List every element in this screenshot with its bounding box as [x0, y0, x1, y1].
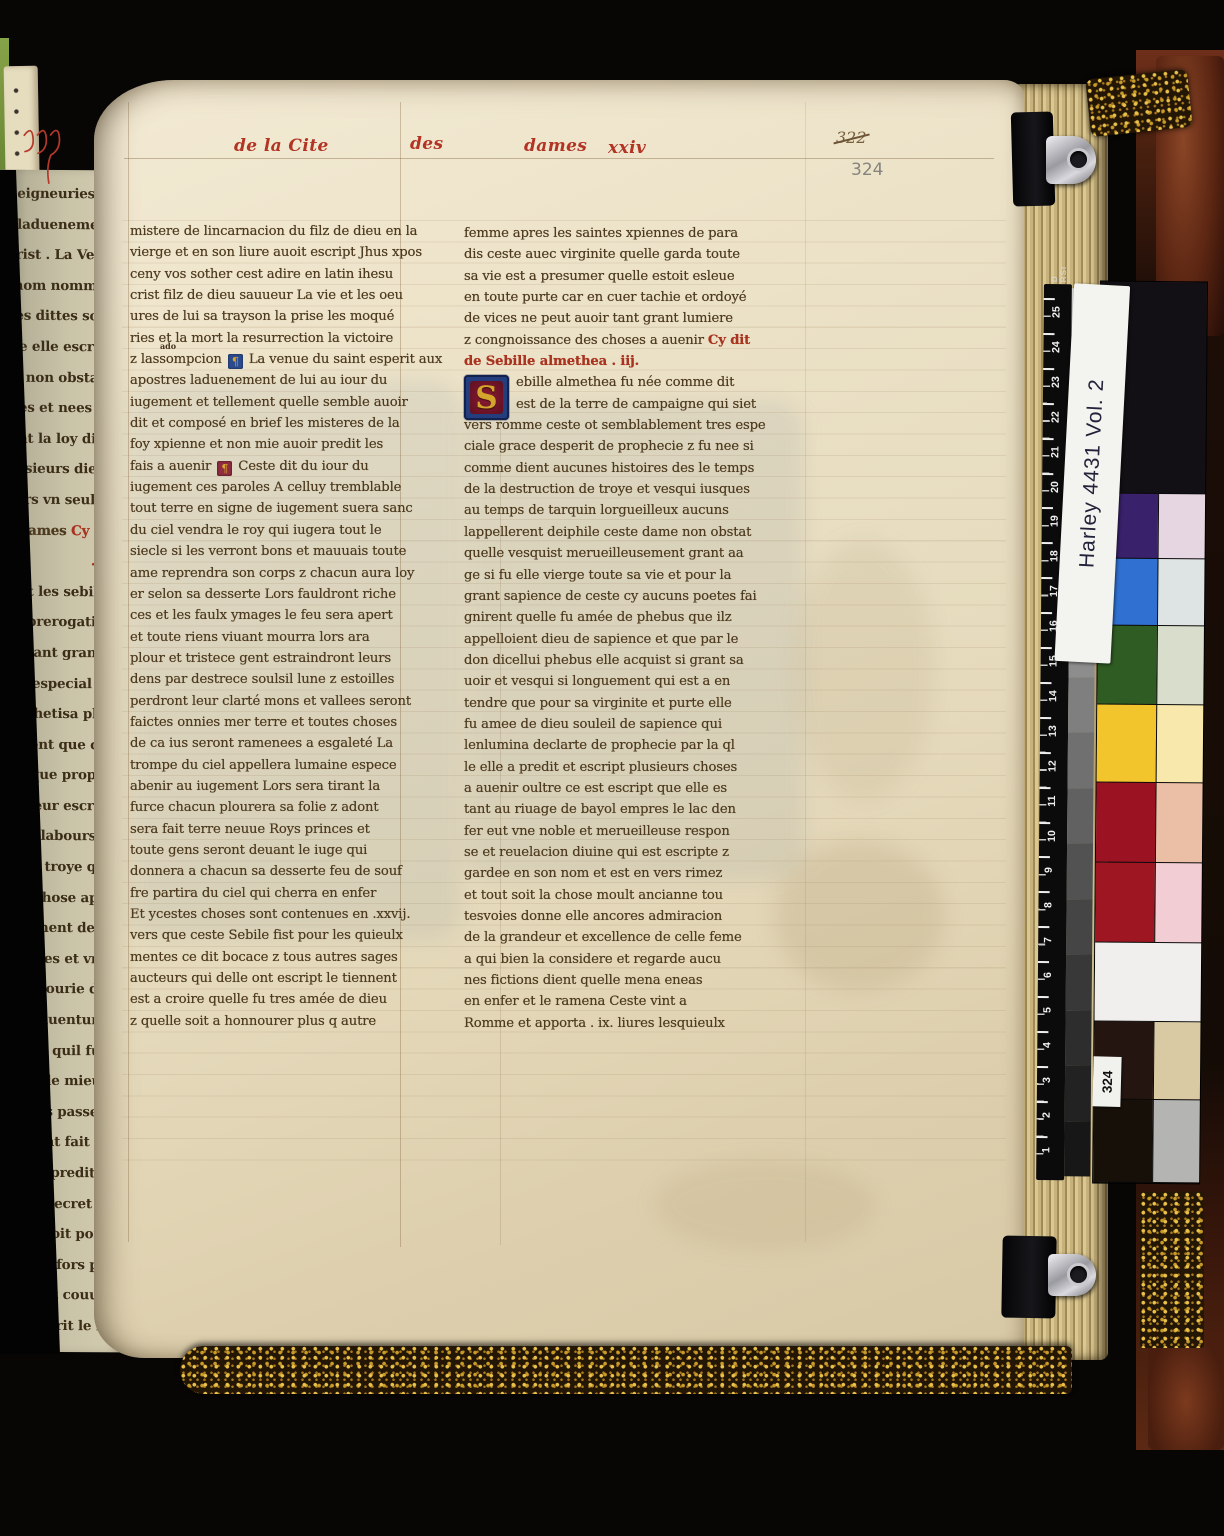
- manuscript-text-line: plour et tristece gent estraindront leur…: [130, 651, 462, 672]
- text-segment: vers que ceste Sebile fist pour les quie…: [130, 928, 403, 943]
- ruler-cm-mark: 8: [1038, 891, 1066, 926]
- manuscript-text-line: furce chacun plourera sa folie z adont: [130, 800, 462, 821]
- manuscript-text-line: toute gens seront deuant le iuge qui: [130, 843, 462, 864]
- text-segment: de la destruction de troye et vesqui ius…: [464, 482, 750, 497]
- gilt-binding-corner: [1085, 69, 1193, 137]
- manuscript-text-line: iugement ces paroles A celluy tremblable: [130, 480, 462, 501]
- gilt-binding-border-bottom: [180, 1346, 1072, 1394]
- champ-initial: ¶: [217, 461, 232, 476]
- manuscript-text-line: perdront leur clarté mons et vallees ser…: [130, 694, 462, 715]
- manuscript-text-line: au temps de tarquin lorgueilleux aucuns: [464, 503, 812, 524]
- folio-number-struck: 322: [836, 128, 867, 147]
- manuscript-text-line: nes fictions dient quelle mena eneas: [464, 973, 812, 994]
- manuscript-text-line: dens par destrece soulsil lune z estoill…: [130, 672, 462, 693]
- text-segment: ciale grace desperit de prophecie z fu n…: [464, 439, 754, 454]
- text-segment: fais a auenir: [130, 459, 215, 474]
- text-column-right: S femme apres les saintes xpiennes de pa…: [464, 226, 812, 1037]
- grayscale-step: [1068, 732, 1094, 788]
- text-segment: est de la terre de campaigne qui siet: [516, 397, 756, 412]
- manuscript-text-line: a qui bien la considere et regarde aucu: [464, 952, 812, 973]
- manuscript-text-line: fu amee de dieu souleil de sapience qui: [464, 717, 812, 738]
- ruler-cm-mark: 25: [1044, 298, 1072, 333]
- ruler-cm-mark: 24: [1043, 333, 1071, 368]
- manuscript-text-line: ame reprendra son corps z chacun aura lo…: [130, 566, 462, 587]
- manuscript-text-line: trompe du ciel appellera lumaine espece: [130, 758, 462, 779]
- text-segment: lappellerent deiphile ceste dame non obs…: [464, 525, 751, 540]
- manuscript-text-line: faictes onnies mer terre et toutes chose…: [130, 715, 462, 736]
- color-patch-row: [1093, 1100, 1200, 1184]
- text-segment: tant au riuage de bayol empres le lac de…: [464, 802, 736, 817]
- ruler-cm-mark: 10: [1039, 821, 1067, 856]
- text-segment: le elle a predit et escript plusieurs ch…: [464, 760, 737, 775]
- text-segment: nes fictions dient quelle mena eneas: [464, 973, 702, 988]
- text-segment: de vices ne peut auoir tant grant lumier…: [464, 311, 733, 326]
- text-segment: ceny vos sother cest adire en latin ihes…: [130, 267, 393, 282]
- color-patch-row: [1097, 705, 1204, 784]
- manuscript-text-line: vierge et en son liure auoit escript Jhu…: [130, 245, 462, 266]
- parchment-stain: [654, 1160, 874, 1250]
- manuscript-text-line: dis ceste auec virginite quelle garda to…: [464, 247, 812, 268]
- text-segment: apostres laduenement de lui au iour du: [130, 373, 387, 388]
- text-segment: grant sapience de ceste cy aucuns poetes…: [464, 589, 757, 604]
- manuscript-text-line: Romme et apporta . ix. liures lesquieulx: [464, 1016, 812, 1037]
- grayscale-step: [1066, 954, 1092, 1010]
- text-segment: appelloient dieu de sapience et que par …: [464, 632, 738, 647]
- text-segment: vers romme ceste ot semblablement tres e…: [464, 418, 766, 433]
- text-segment: ebille almethea fu née comme dit: [516, 375, 734, 390]
- color-patch: [1154, 863, 1202, 942]
- text-segment: Ceste dit du iour du: [234, 459, 368, 474]
- ruler-cm-mark: 4: [1037, 1031, 1065, 1066]
- manuscript-text-line: du ciel vendra le roy qui iugera tout le: [130, 523, 462, 544]
- text-segment: uoir et vesqui si longuement qui est a e…: [464, 674, 730, 689]
- ruler-cm-mark: 14: [1040, 682, 1068, 717]
- manuscript-text-line: fer eut vne noble et merueilleuse respon: [464, 824, 812, 845]
- ruler-cm-mark: 6: [1038, 961, 1066, 996]
- ruling-line-vertical: [128, 102, 129, 1242]
- text-segment: est a croire quelle fu tres amée de dieu: [130, 992, 387, 1007]
- text-segment: de ca ius seront ramenees a esgaleté La: [130, 736, 393, 751]
- text-segment: fre partira du ciel qui cherra en enfer: [130, 886, 376, 901]
- text-segment: faictes onnies mer terre et toutes chose…: [130, 715, 397, 730]
- manuscript-text-line: dit et composé en brief les misteres de …: [130, 416, 462, 437]
- text-column-left: mistere de lincarnacion du filz de dieu …: [130, 224, 462, 1035]
- manuscript-text-line: de vices ne peut auoir tant grant lumier…: [464, 311, 812, 332]
- chart-folio-label: 324: [1092, 1056, 1121, 1107]
- initial-letter: S: [464, 375, 509, 420]
- gilt-binding-border-right: [1140, 1192, 1204, 1348]
- manuscript-text-line: don dicellui phebus elle acquist si gran…: [464, 653, 812, 674]
- grayscale-step: [1068, 677, 1094, 733]
- text-segment: a qui bien la considere et regarde aucu: [464, 952, 721, 967]
- manuscript-text-line: de Sebille almethea . iij.: [464, 354, 812, 375]
- manuscript-text-line: grant sapience de ceste cy aucuns poetes…: [464, 589, 812, 610]
- ruler-cm-mark: 9: [1039, 856, 1067, 891]
- color-patch: [1095, 862, 1155, 941]
- text-segment: et tout soit la chose moult ancianne tou: [464, 888, 723, 903]
- grayscale-step: [1064, 1121, 1090, 1177]
- text-segment: femme apres les saintes xpiennes de para: [464, 226, 738, 241]
- manuscript-text-line: gnirent quelle fu amée de phebus que ilz: [464, 610, 812, 631]
- manuscript-photo: sieurs seigneuries etparla de laduenemen…: [0, 0, 1224, 1536]
- color-patch: [1093, 1100, 1153, 1182]
- text-segment: foy xpienne et non mie auoir predit les: [130, 437, 383, 452]
- text-segment: vierge et en son liure auoit escript Jhu…: [130, 245, 422, 260]
- text-segment: donnera a chacun sa desserte feu de souf: [130, 864, 402, 879]
- ruler-cm-mark: 1: [1036, 1136, 1064, 1171]
- text-segment: sa vie est a presumer quelle estoit esle…: [464, 269, 735, 284]
- color-patch: [1156, 705, 1204, 782]
- color-patch-row: [1095, 862, 1202, 943]
- text-segment: de la grandeur et excellence de celle fe…: [464, 930, 742, 945]
- manuscript-text-line: ries et la mort la resurrection la victo…: [130, 331, 462, 352]
- manuscript-text-line: z congnoissance des choses a auenir Cy d…: [464, 333, 812, 354]
- manuscript-text-line: ces et les faulx ymages le feu sera aper…: [130, 608, 462, 629]
- text-segment: lenlumina declarte de prophecie par la q…: [464, 738, 735, 753]
- manuscript-text-line: sa vie est a presumer quelle estoit esle…: [464, 269, 812, 290]
- manuscript-text-line: abenir au iugement Lors sera tirant la: [130, 779, 462, 800]
- text-segment: tendre que pour sa virginite et purte el…: [464, 696, 732, 711]
- ruler-cm-mark: 13: [1040, 717, 1068, 752]
- text-segment: ame reprendra son corps z chacun aura lo…: [130, 566, 414, 581]
- text-segment: z quelle soit a honnourer plus q autre: [130, 1014, 376, 1029]
- manuscript-text-line: foy xpienne et non mie auoir predit les: [130, 437, 462, 458]
- color-patch-row: [1096, 782, 1203, 863]
- color-patch: [1157, 559, 1205, 625]
- text-segment: sera fait terre neuue Roys princes et: [130, 822, 370, 837]
- grayscale-step: [1065, 1010, 1091, 1066]
- shelfmark-text: Harley 4431 Vol. 2: [1075, 378, 1109, 569]
- manuscript-text-line: uoir et vesqui si longuement qui est a e…: [464, 674, 812, 695]
- ruler-cm-mark: 2: [1037, 1101, 1065, 1136]
- grayscale-step: [1066, 899, 1092, 955]
- folio-number-pencil: 324: [851, 160, 883, 180]
- manuscript-text-line: le elle a predit et escript plusieurs ch…: [464, 760, 812, 781]
- grayscale-step: [1067, 788, 1093, 844]
- manuscript-text-line: en enfer et le ramena Ceste vint a: [464, 994, 812, 1015]
- chart-folio-text: 324: [1099, 1070, 1115, 1093]
- manuscript-text-line: et tout soit la chose moult ancianne tou: [464, 888, 812, 909]
- text-segment: tout terre en signe de iugement suera sa…: [130, 501, 413, 516]
- manuscript-text-line: donnera a chacun sa desserte feu de souf: [130, 864, 462, 885]
- ruler-brand-text: D RSI: [1050, 260, 1068, 282]
- binding-leather-bottom: [1148, 1330, 1224, 1450]
- manuscript-text-line: fais a auenir ¶ Ceste dit du iour du: [130, 459, 462, 480]
- text-segment: Romme et apporta . ix. liures lesquieulx: [464, 1016, 725, 1031]
- text-segment: de Sebille almethea . iij.: [464, 354, 639, 369]
- text-segment: dens par destrece soulsil lune z estoill…: [130, 672, 394, 687]
- text-segment: a auenir oultre ce est escript que elle …: [464, 781, 727, 796]
- manuscript-text-line: z lassompcion ¶ La venue du saint esperi…: [130, 352, 462, 373]
- manuscript-text-line: de la destruction de troye et vesqui ius…: [464, 482, 812, 503]
- manuscript-text-line: Et ycestes choses sont contenues en .xxv…: [130, 907, 462, 928]
- manuscript-text-line: lappellerent deiphile ceste dame non obs…: [464, 525, 812, 546]
- text-segment: ge si fu elle vierge toute sa vie et pou…: [464, 568, 731, 583]
- text-segment: en enfer et le ramena Ceste vint a: [464, 994, 687, 1009]
- manuscript-text-line: se et reuelacion diuine qui est escripte…: [464, 845, 812, 866]
- manuscript-text-line: en toute purte car en cuer tachie et ord…: [464, 290, 812, 311]
- text-segment: perdront leur clarté mons et vallees ser…: [130, 694, 411, 709]
- interlinear-correction: ado: [160, 341, 176, 351]
- text-segment: iugement ces paroles A celluy tremblable: [130, 480, 401, 495]
- manuscript-text-line: sera fait terre neuue Roys princes et: [130, 822, 462, 843]
- manuscript-text-line: tout terre en signe de iugement suera sa…: [130, 501, 462, 522]
- manuscript-text-line: fre partira du ciel qui cherra en enfer: [130, 886, 462, 907]
- text-segment: en toute purte car en cuer tachie et ord…: [464, 290, 746, 305]
- color-patch: [1152, 1100, 1200, 1182]
- text-segment: tesvoies donne elle ancores admiracion: [464, 909, 722, 924]
- clip-handle-hole: [1070, 151, 1087, 168]
- quire-mark-red-squiggle: [12, 125, 72, 196]
- text-segment: toute gens seront deuant le iuge qui: [130, 843, 367, 858]
- text-segment: ces et les faulx ymages le feu sera aper…: [130, 608, 393, 623]
- manuscript-text-line: a auenir oultre ce est escript que elle …: [464, 781, 812, 802]
- color-patch: [1153, 1022, 1201, 1099]
- manuscript-text-line: ures de lui sa trayson la prise les moqu…: [130, 309, 462, 330]
- running-header-part: de la Cite: [234, 136, 329, 156]
- manuscript-text-line: de la grandeur et excellence de celle fe…: [464, 930, 812, 951]
- manuscript-text-line: et toute riens viuant mourra lors ara: [130, 630, 462, 651]
- text-segment: don dicellui phebus elle acquist si gran…: [464, 653, 744, 668]
- ruler-cm-mark: 5: [1037, 996, 1065, 1031]
- manuscript-text-line: iugement et tellement quelle semble auoi…: [130, 395, 462, 416]
- header-ruling-line: [124, 158, 994, 159]
- text-segment: fu amee de dieu souleil de sapience qui: [464, 717, 722, 732]
- manuscript-text-line: mistere de lincarnacion du filz de dieu …: [130, 224, 462, 245]
- text-segment: trompe du ciel appellera lumaine espece: [130, 758, 397, 773]
- manuscript-text-line: ge si fu elle vierge toute sa vie et pou…: [464, 568, 812, 589]
- manuscript-text-line: siecle si les verront bons et mauuais to…: [130, 544, 462, 565]
- ruler-cm-mark: 23: [1043, 368, 1071, 403]
- text-segment: se et reuelacion diuine qui est escripte…: [464, 845, 729, 860]
- manuscript-text-line: appelloient dieu de sapience et que par …: [464, 632, 812, 653]
- text-segment: aucteurs qui delle ont escript le tienne…: [130, 971, 397, 986]
- champ-initial: ¶: [228, 354, 243, 369]
- text-segment: z lassompcion: [130, 352, 226, 367]
- text-segment: crist filz de dieu sauueur La vie et les…: [130, 288, 403, 303]
- manuscript-text-line: femme apres les saintes xpiennes de para: [464, 226, 812, 247]
- text-segment: er selon sa desserte Lors fauldront rich…: [130, 587, 396, 602]
- text-segment: abenir au iugement Lors sera tirant la: [130, 779, 380, 794]
- manuscript-text-line: quelle vesquist merueilleusement grant a…: [464, 546, 812, 567]
- text-segment: siecle si les verront bons et mauuais to…: [130, 544, 406, 559]
- text-segment: gardee en son nom et est en vers rimez: [464, 866, 722, 881]
- manuscript-text-line: comme dient aucunes histoires des le tem…: [464, 461, 812, 482]
- manuscript-text-line: tendre que pour sa virginite et purte el…: [464, 696, 812, 717]
- manuscript-text-line: ciale grace desperit de prophecie z fu n…: [464, 439, 812, 460]
- ruler-cm-mark: 7: [1038, 926, 1066, 961]
- manuscript-text-line: tesvoies donne elle ancores admiracion: [464, 909, 812, 930]
- color-patch: [1158, 494, 1206, 559]
- manuscript-text-line: apostres laduenement de lui au iour du: [130, 373, 462, 394]
- ruler-cm-mark: 3: [1037, 1066, 1065, 1101]
- text-segment: et toute riens viuant mourra lors ara: [130, 630, 370, 645]
- manuscript-text-line: ebille almethea fu née comme dit: [464, 375, 812, 396]
- manuscript-text-line: ceny vos sother cest adire en latin ihes…: [130, 267, 462, 288]
- color-patch: [1096, 782, 1156, 861]
- manuscript-text-line: mentes ce dit bocace z tous autres sages: [130, 950, 462, 971]
- text-segment: quelle vesquist merueilleusement grant a…: [464, 546, 744, 561]
- text-segment: mistere de lincarnacion du filz de dieu …: [130, 224, 417, 239]
- manuscript-text-line: tant au riuage de bayol empres le lac de…: [464, 802, 812, 823]
- running-header-part: dames: [524, 136, 587, 156]
- color-patch: [1155, 783, 1203, 862]
- manuscript-text-line: aucteurs qui delle ont escript le tienne…: [130, 971, 462, 992]
- manuscript-page: de la Cite des dames xxiv 322 324 mister…: [94, 80, 1024, 1358]
- text-segment: furce chacun plourera sa folie z adont: [130, 800, 378, 815]
- grayscale-step: [1065, 1065, 1091, 1121]
- ruler-cm-mark: 11: [1039, 787, 1067, 822]
- manuscript-text-line: de ca ius seront ramenees a esgaleté La: [130, 736, 462, 757]
- color-patch-row: [1097, 626, 1204, 706]
- manuscript-text-line: er selon sa desserte Lors fauldront rich…: [130, 587, 462, 608]
- color-patch: [1097, 705, 1157, 782]
- text-segment: Et ycestes choses sont contenues en .xxv…: [130, 907, 410, 922]
- text-segment: Cy dit: [708, 333, 750, 348]
- binder-clip-top-handle: [1046, 136, 1096, 184]
- manuscript-text-line: gardee en son nom et est en vers rimez: [464, 866, 812, 887]
- illuminated-initial: S: [464, 375, 509, 420]
- manuscript-text-line: lenlumina declarte de prophecie par la q…: [464, 738, 812, 759]
- clip-handle-hole: [1070, 1266, 1087, 1283]
- text-segment: comme dient aucunes histoires des le tem…: [464, 461, 754, 476]
- text-segment: iugement et tellement quelle semble auoi…: [130, 395, 408, 410]
- manuscript-text-line: vers que ceste Sebile fist pour les quie…: [130, 928, 462, 949]
- color-calibration-chart: D RSI 2524232221201918171615141312111098…: [1034, 278, 1210, 1186]
- running-header-part: des: [410, 134, 443, 154]
- text-segment: dis ceste auec virginite quelle garda to…: [464, 247, 740, 262]
- manuscript-text-line: vers romme ceste ot semblablement tres e…: [464, 418, 812, 439]
- color-patch-row: [1095, 942, 1202, 1023]
- manuscript-text-line: est a croire quelle fu tres amée de dieu: [130, 992, 462, 1013]
- text-segment: gnirent quelle fu amée de phebus que ilz: [464, 610, 732, 625]
- text-segment: plour et tristece gent estraindront leur…: [130, 651, 391, 666]
- text-segment: mentes ce dit bocace z tous autres sages: [130, 950, 398, 965]
- running-header-chapter-numeral: xxiv: [608, 138, 646, 158]
- color-patch: [1156, 626, 1204, 704]
- manuscript-text-line: est de la terre de campaigne qui siet: [464, 397, 812, 418]
- text-segment: du ciel vendra le roy qui iugera tout le: [130, 523, 382, 538]
- text-segment: fer eut vne noble et merueilleuse respon: [464, 824, 730, 839]
- manuscript-text-line: z quelle soit a honnourer plus q autre: [130, 1014, 462, 1035]
- binder-clip-bottom-handle: [1048, 1254, 1096, 1296]
- manuscript-text-line: crist filz de dieu sauueur La vie et les…: [130, 288, 462, 309]
- text-segment: z congnoissance des choses a auenir: [464, 333, 708, 348]
- text-segment: ures de lui sa trayson la prise les moqu…: [130, 309, 394, 324]
- ruler-cm-mark: 12: [1040, 752, 1068, 787]
- text-segment: La venue du saint esperit aux: [245, 352, 442, 367]
- grayscale-step: [1067, 843, 1093, 899]
- text-segment: dit et composé en brief les misteres de …: [130, 416, 400, 431]
- text-segment: au temps de tarquin lorgueilleux aucuns: [464, 503, 729, 518]
